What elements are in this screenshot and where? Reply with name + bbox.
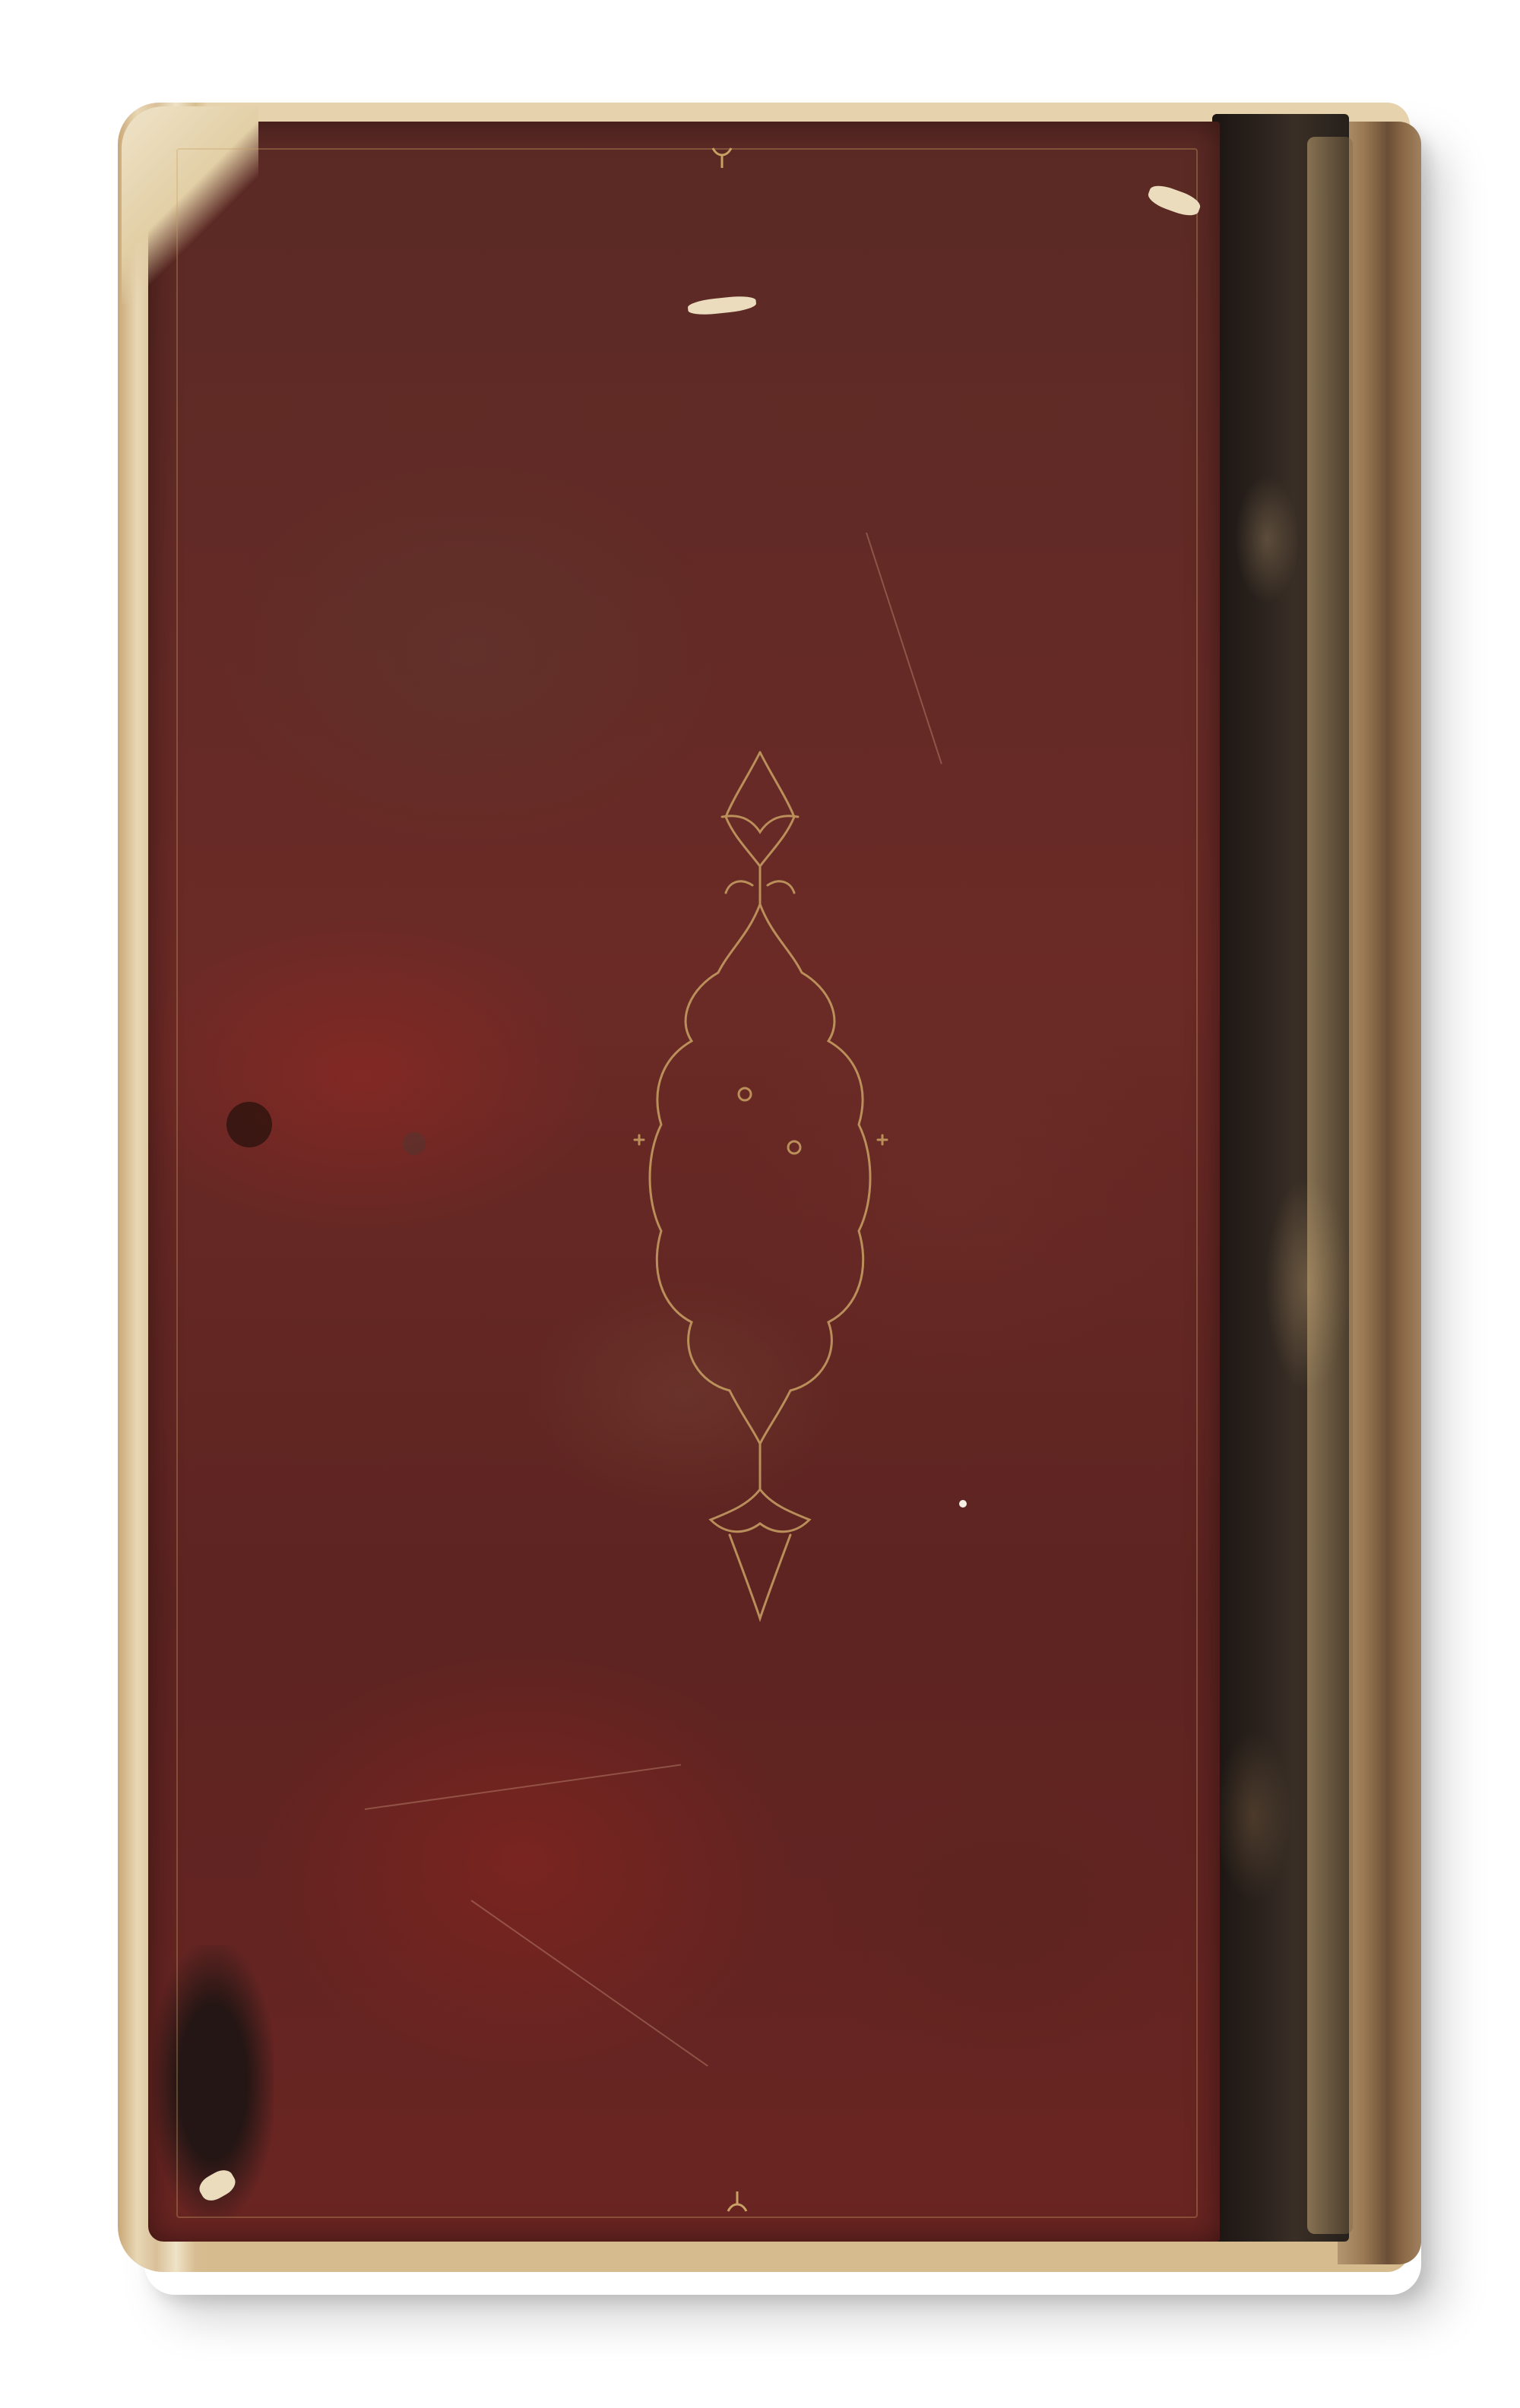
gilt-tick-top	[707, 141, 737, 171]
gilt-medallion-ornament	[578, 745, 942, 1656]
dark-stain	[226, 1102, 272, 1147]
white-speck	[959, 1500, 967, 1508]
spine-worn-edge	[1307, 137, 1353, 2234]
dark-stain	[403, 1132, 426, 1155]
gilt-tick-bottom	[722, 2188, 752, 2219]
